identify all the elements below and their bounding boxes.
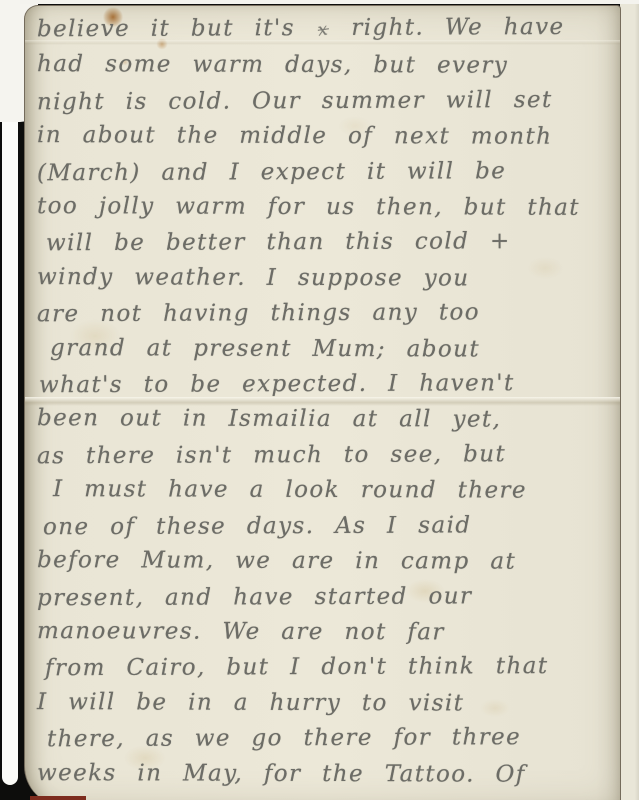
handwritten-line: windy weather. I suppose you [37,260,615,297]
letter-text: believe it but it's x right. We have had… [37,11,615,792]
handwritten-line: night is cold. Our summer will set [37,83,615,121]
handwritten-line: grand at present Mum; about [50,331,615,368]
handwritten-line: are not having things any too [37,295,615,333]
adjacent-page-edge [620,0,639,800]
handwritten-line: I must have a look round there [53,472,615,509]
handwritten-line: I will be in a hurry to visit [37,685,615,722]
line-text: right. We have [351,14,564,41]
handwritten-line: been out in Ismailia at all yet, [37,402,615,439]
handwritten-line: in about the middle of next month [37,118,615,155]
handwritten-line: will be better than this cold + [46,224,615,262]
handwritten-line: weeks in May, for the Tattoo. Of [37,756,615,793]
crossed-out-word: x [315,12,331,49]
line-text: believe it but it's [37,15,295,42]
handwritten-line: there, as we go there for three [47,720,615,758]
handwritten-line: one of these days. As I said [43,507,615,545]
handwritten-line: too jolly warm for us then, but that [37,189,615,226]
red-mark [30,796,86,800]
letter-page: believe it but it's x right. We have had… [24,5,621,800]
handwritten-line: what's to be expected. I haven't [39,366,615,404]
handwritten-line: before Mum, we are in camp at [37,543,615,580]
handwritten-line: believe it but it's x right. We have [37,10,615,50]
handwritten-line: from Cairo, but I don't think that [45,649,615,687]
handwritten-line: (March) and I expect it will be [37,153,615,191]
handwritten-line: present, and have started our [37,578,615,616]
scanned-letter-image: believe it but it's x right. We have had… [0,0,639,800]
handwritten-line: manoeuvres. We are not far [37,614,615,651]
handwritten-line: had some warm days, but every [37,47,615,84]
handwritten-line: as there isn't much to see, but [37,437,615,475]
scan-top-strip [20,0,639,4]
